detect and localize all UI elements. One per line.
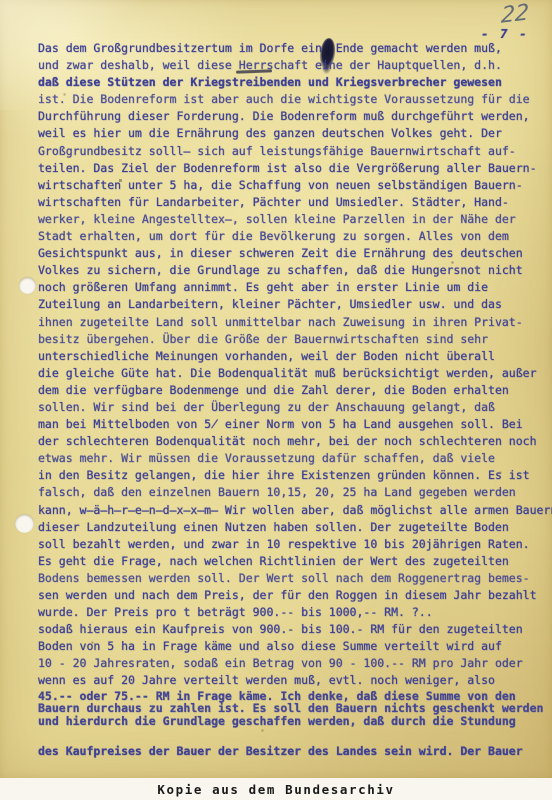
document-scan: 22 - 7 - Das dem Großgrundbesitzertum im… [0, 0, 552, 800]
text-line: und zwar deshalb, weil diese Herrschaft … [38, 57, 548, 74]
text-line: dem die verfügbare Bodenmenge und die Za… [38, 382, 548, 399]
text-line: weil es hier um die Ernährung des ganzen… [38, 125, 548, 142]
punch-hole-top [19, 277, 36, 294]
text-line: werker, kleine Angestelltex̶, sollen kle… [38, 211, 548, 228]
typewritten-body: Das dem Großgrundbesitzertum im Dorfe ei… [38, 40, 548, 760]
text-line: Es geht die Frage, nach welchen Richtlin… [38, 553, 548, 570]
final-text-line: des Kaufpreises der Bauer der Besitzer d… [38, 743, 548, 760]
text-line: soll bezahlt werden, und zwar in 10 resp… [38, 536, 548, 553]
text-line: wirtschaften für Landarbeiter, Pächter u… [38, 194, 548, 211]
text-line: und hierdurch die Grundlage geschaffen w… [38, 715, 548, 728]
text-line: etwas mehr. Wir müssen die Voraussetzung… [38, 450, 548, 467]
text-line: wirtschaften unter 5 ha, die Schaffung v… [38, 177, 548, 194]
text-line: sen werden und nach dem Preis, der für d… [38, 587, 548, 604]
text-line: falsch, daß den einzelnen Bauern 10,15, … [38, 484, 548, 501]
main-paragraph-lines: Das dem Großgrundbesitzertum im Dorfe ei… [38, 40, 548, 690]
text-line: Stadt erhalten, um dort für die Bevölker… [38, 228, 548, 245]
text-line: ihnen zugeteilte Land soll unmittelbar n… [38, 314, 548, 331]
text-line: sodaß hieraus ein Kaufpreis von 900.- bi… [38, 621, 548, 638]
text-line: unterschiedliche Meinungen vorhanden, we… [38, 348, 548, 365]
text-line: dieser Landzuteilung einen Nutzen haben … [38, 519, 548, 536]
punch-hole-bottom [15, 514, 34, 533]
text-line: Boden von 5 ha in Frage käme und also di… [38, 638, 548, 655]
text-line: noch größeren Umfang annimmt. Es geht ab… [38, 279, 548, 296]
text-line: Zuteilung an Landarbeitern, kleiner Päch… [38, 296, 548, 313]
text-line: kann, w̶ä̶h̶r̶e̶n̶d̶x̶x̶m̶ Wir wollen ab… [38, 502, 548, 519]
text-line: sollen. Wir sind bei der Überlegung zu d… [38, 399, 548, 416]
text-line: Das dem Großgrundbesitzertum im Dorfe ei… [38, 40, 548, 57]
handwritten-page-number: 22 [500, 0, 529, 29]
condensed-paragraph-lines: 45.-- oder 75.-- RM in Frage käme. Ich d… [38, 690, 548, 729]
text-line: der schlechteren Bodenqualität noch mehr… [38, 433, 548, 450]
text-line: man bei Mittelboden von 5̸ einer Norm vo… [38, 416, 548, 433]
paper-specks [0, 0, 1, 1]
text-line: wurde. Der Preis pro t beträgt 900.-- bi… [38, 604, 548, 621]
text-line: besitz übergehen. Über die Größe der Bau… [38, 331, 548, 348]
archive-caption: Kopie aus dem Bundesarchiv [157, 782, 394, 797]
text-line: Gesichtspunkt aus, in dieser schweren Ze… [38, 245, 548, 262]
text-line: 10 - 20 Jahresraten, sodaß ein Betrag vo… [38, 655, 548, 672]
text-line: in den Besitz gelangen, die hier ihre Ex… [38, 467, 548, 484]
scanner-margin: Kopie aus dem Bundesarchiv [0, 778, 552, 800]
text-line: Großgrundbesitz solll̶ sich auf leistung… [38, 143, 548, 160]
text-line: die gleiche Güte hat. Die Bodenqualität … [38, 365, 548, 382]
typed-page-number: - 7 - [481, 26, 529, 41]
text-line: Durchführung dieser Forderung. Die Boden… [38, 108, 548, 125]
text-line: Bodens bemessen werden soll. Der Wert so… [38, 570, 548, 587]
text-line: teilen. Das Ziel der Bodenreform ist als… [38, 160, 548, 177]
text-line: ist. Die Bodenreform ist aber auch die w… [38, 91, 548, 108]
text-line: wenn es auf 20 Jahre verteilt werden muß… [38, 672, 548, 689]
text-line: Volkes zu sichern, die Grundlage zu scha… [38, 262, 548, 279]
text-line: daß diese Stützen der Kriegstreibenden u… [38, 74, 548, 91]
